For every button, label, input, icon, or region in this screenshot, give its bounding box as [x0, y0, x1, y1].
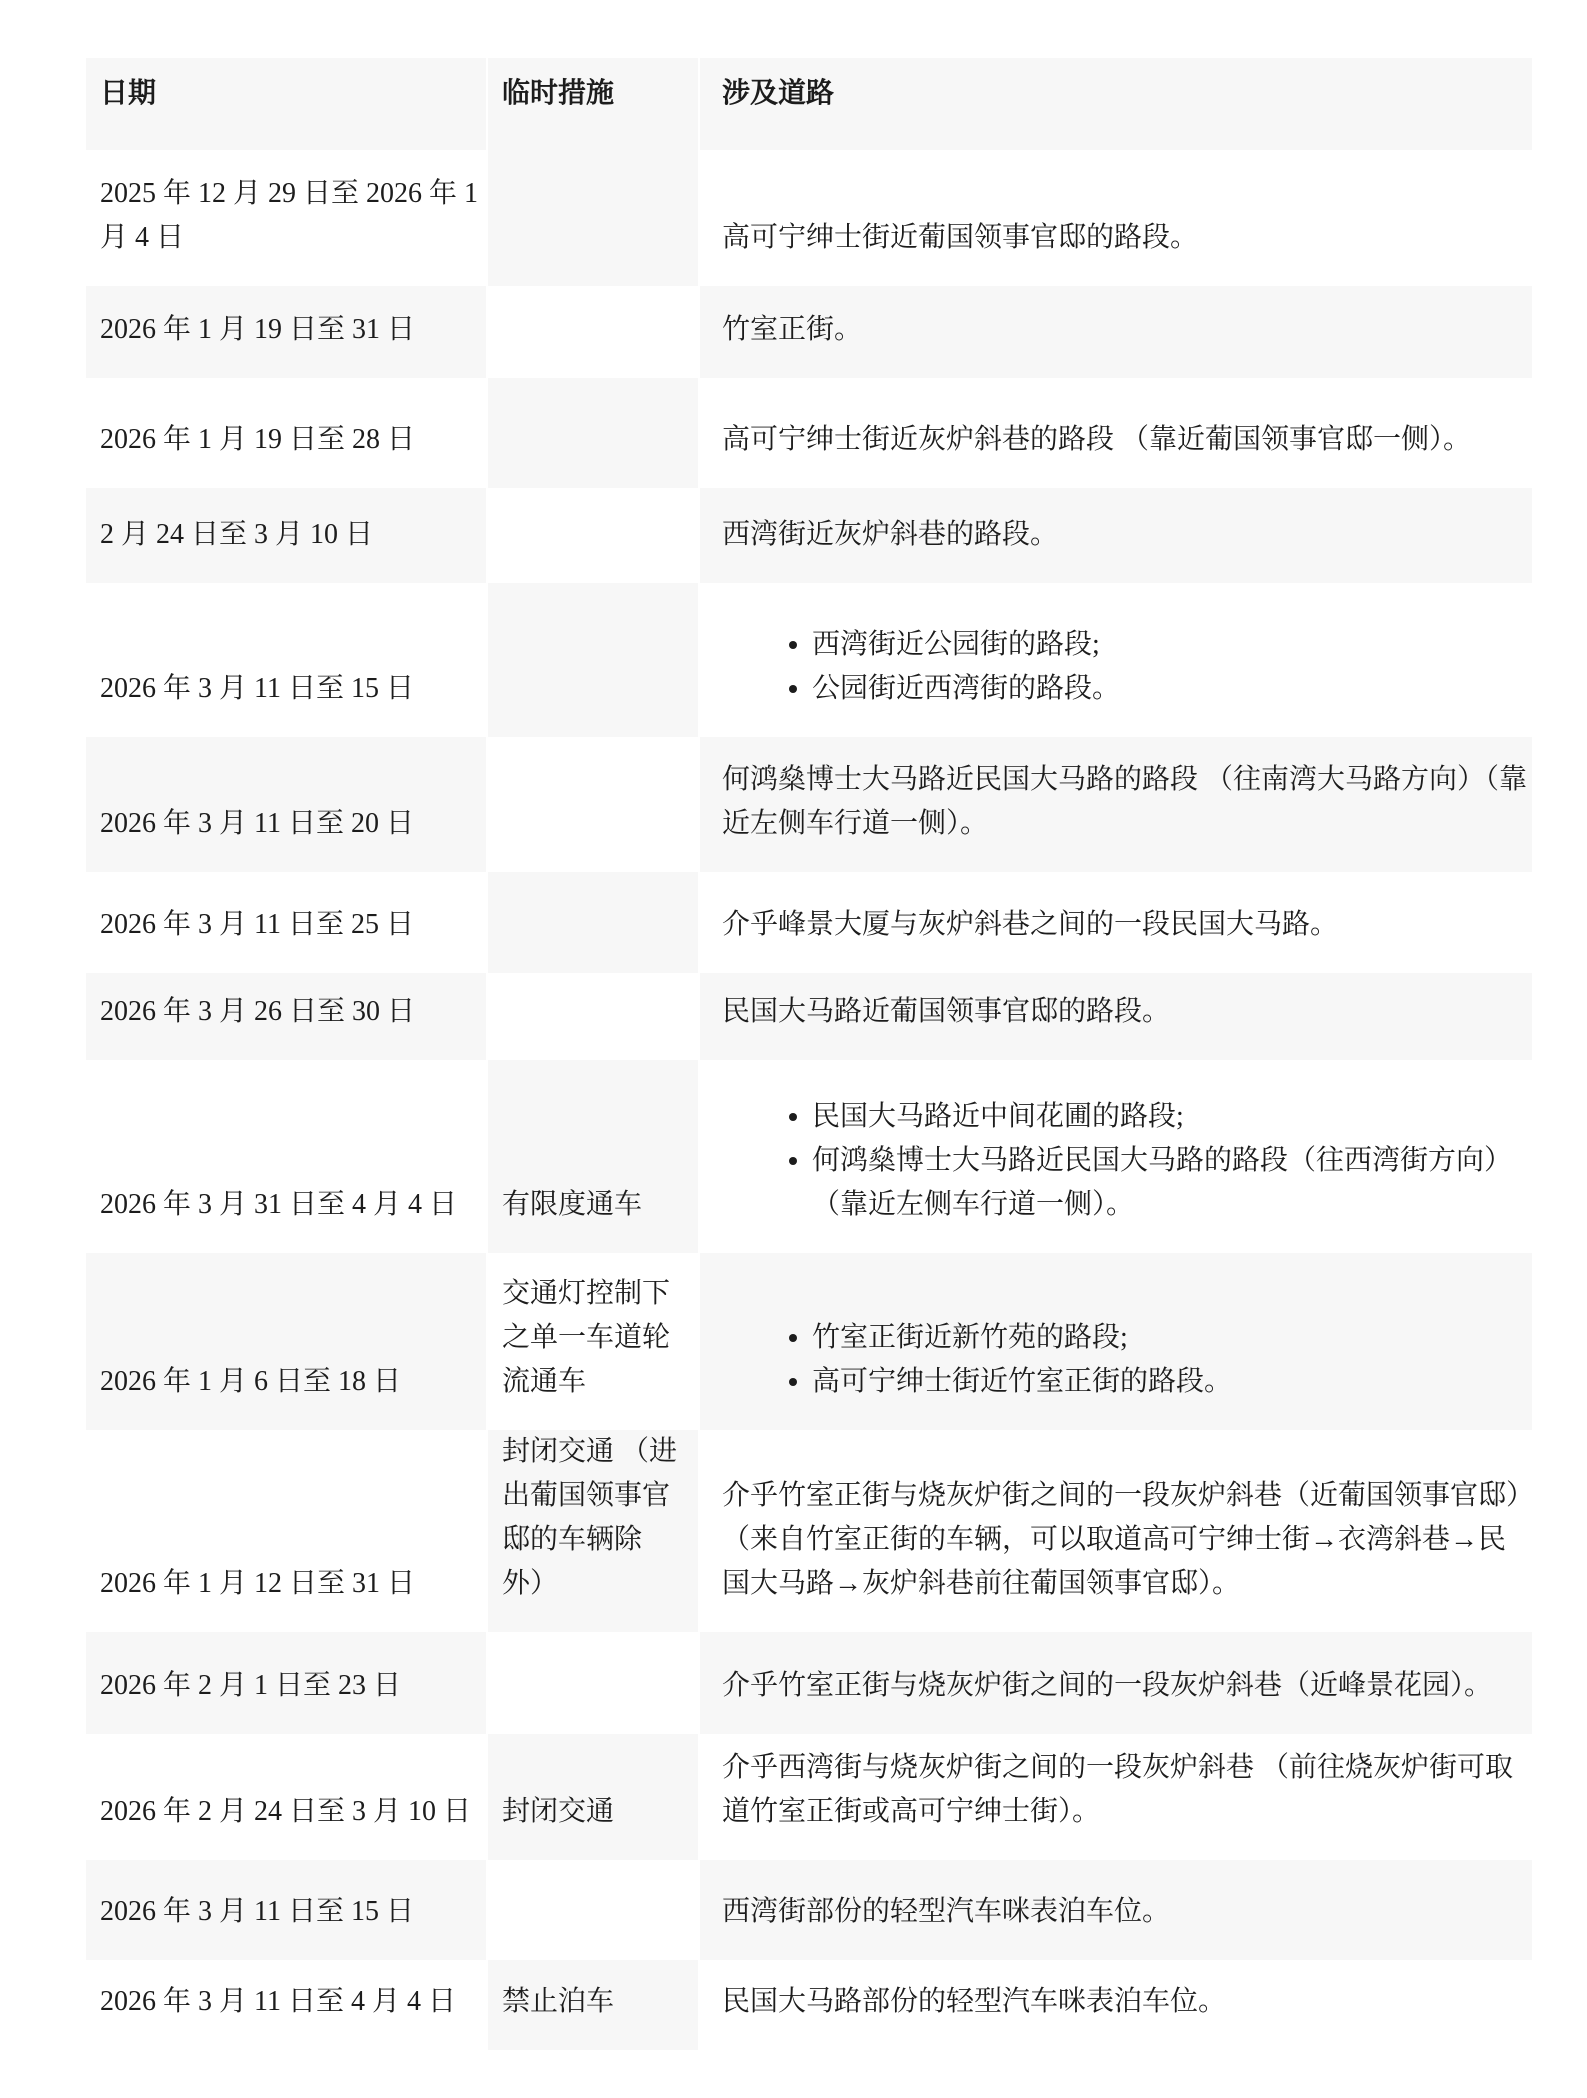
date-text: 2026 年 2 月 24 日至 3 月 10 日 — [100, 1790, 486, 1834]
date-cell: 2025 年 12 月 29 日至 2026 年 1 月 4 日 — [86, 150, 486, 286]
measure-text: 封闭交通 （进 — [502, 1430, 684, 1474]
date-text: 2026 年 3 月 11 日至 25 日 — [100, 903, 486, 947]
measure-cell: 封闭交通 — [488, 1734, 698, 1860]
road-text: 何鸿燊博士大马路近民国大马路的路段 （往南湾大马路方向）（靠近左侧车行道一侧）。 — [722, 758, 1532, 846]
road-list: 西湾街近公园街的路段; 公园街近西湾街的路段。 — [722, 623, 1532, 711]
measure-cell: 禁止泊车 — [488, 1960, 698, 2050]
table-row: 2025 年 12 月 29 日至 2026 年 1 月 4 日 高可宁绅士街近… — [86, 150, 1532, 286]
table-row: 2 月 24 日至 3 月 10 日 西湾街近灰炉斜巷的路段。 — [86, 488, 1532, 583]
date-cell: 2026 年 3 月 11 日至 4 月 4 日 — [86, 1960, 486, 2050]
date-cell: 2026 年 3 月 31 日至 4 月 4 日 — [86, 1060, 486, 1253]
road-list-item: 何鸿燊博士大马路近民国大马路的路段（往西湾街方向）（靠近左侧车行道一侧）。 — [812, 1139, 1532, 1227]
table-row: 2026 年 1 月 19 日至 31 日 竹室正街。 — [86, 286, 1532, 378]
date-text: 2026 年 3 月 11 日至 20 日 — [100, 802, 486, 846]
table-row: 2026 年 3 月 11 日至 25 日 介乎峰景大厦与灰炉斜巷之间的一段民国… — [86, 872, 1532, 973]
road-list: 民国大马路近中间花圃的路段; 何鸿燊博士大马路近民国大马路的路段（往西湾街方向）… — [722, 1095, 1532, 1227]
date-cell: 2026 年 1 月 12 日至 31 日 — [86, 1430, 486, 1632]
date-cell: 2026 年 1 月 19 日至 28 日 — [86, 378, 486, 488]
table-row: 2026 年 3 月 11 日至 20 日 何鸿燊博士大马路近民国大马路的路段 … — [86, 737, 1532, 872]
roads-cell: 民国大马路近葡国领事官邸的路段。 — [700, 973, 1532, 1060]
date-cell: 2026 年 3 月 11 日至 15 日 — [86, 1860, 486, 1960]
roads-cell: 竹室正街近新竹苑的路段; 高可宁绅士街近竹室正街的路段。 — [700, 1253, 1532, 1430]
date-cell: 2026 年 3 月 11 日至 20 日 — [86, 737, 486, 872]
date-cell: 2026 年 1 月 19 日至 31 日 — [86, 286, 486, 378]
date-text: 2 月 24 日至 3 月 10 日 — [100, 513, 486, 557]
measure-text: 禁止泊车 — [502, 1980, 684, 2024]
measure-cell — [488, 378, 698, 488]
measure-cell: 有限度通车 — [488, 1060, 698, 1253]
road-text: 民国大马路近葡国领事官邸的路段。 — [722, 990, 1532, 1034]
date-text: 2026 年 3 月 11 日至 15 日 — [100, 667, 486, 711]
date-text: 2026 年 1 月 19 日至 31 日 — [100, 308, 486, 352]
road-list-item: 公园街近西湾街的路段。 — [812, 667, 1532, 711]
date-text: 2025 年 12 月 29 日至 2026 年 1 — [100, 172, 486, 216]
date-text: 2026 年 3 月 31 日至 4 月 4 日 — [100, 1183, 486, 1227]
road-text: 西湾街近灰炉斜巷的路段。 — [722, 513, 1532, 557]
date-text: 2026 年 2 月 1 日至 23 日 — [100, 1664, 486, 1708]
measure-cell: 封闭交通 （进 出葡国领事官 邸的车辆除外） — [488, 1430, 698, 1632]
measure-text: 有限度通车 — [502, 1183, 684, 1227]
measure-text: 交通灯控制下 — [502, 1272, 684, 1316]
date-cell: 2026 年 2 月 24 日至 3 月 10 日 — [86, 1734, 486, 1860]
measure-cell — [488, 737, 698, 872]
traffic-measures-table: 日期 临时措施 涉及道路 2025 年 12 月 29 日至 2026 年 1 … — [84, 58, 1534, 2050]
measure-text: 之单一车道轮 — [502, 1316, 684, 1360]
road-text: 民国大马路部份的轻型汽车咪表泊车位。 — [722, 1980, 1532, 2024]
measure-cell — [488, 583, 698, 737]
header-date: 日期 — [86, 58, 486, 150]
measure-cell: 交通灯控制下 之单一车道轮 流通车 — [488, 1253, 698, 1430]
date-cell: 2026 年 2 月 1 日至 23 日 — [86, 1632, 486, 1734]
road-text: 竹室正街。 — [722, 308, 1532, 352]
road-text: 介乎竹室正街与烧灰炉街之间的一段灰炉斜巷（近峰景花园）。 — [722, 1664, 1532, 1708]
page-root: { "colors": { "page_bg": "#ffffff", "row… — [0, 0, 1587, 2098]
roads-cell: 西湾街近公园街的路段; 公园街近西湾街的路段。 — [700, 583, 1532, 737]
table-row: 2026 年 3 月 11 日至 15 日 西湾街部份的轻型汽车咪表泊车位。 — [86, 1860, 1532, 1960]
road-text: 高可宁绅士街近葡国领事官邸的路段。 — [722, 216, 1532, 260]
roads-cell: 介乎竹室正街与烧灰炉街之间的一段灰炉斜巷（近峰景花园）。 — [700, 1632, 1532, 1734]
table-row: 2026 年 2 月 1 日至 23 日 介乎竹室正街与烧灰炉街之间的一段灰炉斜… — [86, 1632, 1532, 1734]
header-roads: 涉及道路 — [700, 58, 1532, 150]
road-text: 西湾街部份的轻型汽车咪表泊车位。 — [722, 1890, 1532, 1934]
road-list-item: 竹室正街近新竹苑的路段; — [812, 1316, 1532, 1360]
measure-text: 出葡国领事官 — [502, 1474, 684, 1518]
table-row: 2026 年 1 月 12 日至 31 日 封闭交通 （进 出葡国领事官 邸的车… — [86, 1430, 1532, 1632]
measure-cell — [488, 150, 698, 286]
table-row: 2026 年 2 月 24 日至 3 月 10 日 封闭交通 介乎西湾街与烧灰炉… — [86, 1734, 1532, 1860]
date-cell: 2 月 24 日至 3 月 10 日 — [86, 488, 486, 583]
roads-cell: 介乎西湾街与烧灰炉街之间的一段灰炉斜巷 （前往烧灰炉街可取道竹室正街或高可宁绅士… — [700, 1734, 1532, 1860]
roads-cell: 民国大马路近中间花圃的路段; 何鸿燊博士大马路近民国大马路的路段（往西湾街方向）… — [700, 1060, 1532, 1253]
date-text: 2026 年 3 月 11 日至 15 日 — [100, 1890, 486, 1934]
roads-cell: 介乎峰景大厦与灰炉斜巷之间的一段民国大马路。 — [700, 872, 1532, 973]
table-header: 日期 临时措施 涉及道路 — [86, 58, 1532, 150]
roads-cell: 西湾街近灰炉斜巷的路段。 — [700, 488, 1532, 583]
date-cell: 2026 年 1 月 6 日至 18 日 — [86, 1253, 486, 1430]
roads-cell: 竹室正街。 — [700, 286, 1532, 378]
measure-cell — [488, 872, 698, 973]
road-text: 介乎竹室正街与烧灰炉街之间的一段灰炉斜巷（近葡国领事官邸）（来自竹室正街的车辆，… — [722, 1474, 1532, 1606]
roads-cell: 西湾街部份的轻型汽车咪表泊车位。 — [700, 1860, 1532, 1960]
measure-cell — [488, 286, 698, 378]
road-list-item: 高可宁绅士街近竹室正街的路段。 — [812, 1360, 1532, 1404]
date-text: 2026 年 1 月 6 日至 18 日 — [100, 1360, 486, 1404]
date-text: 2026 年 3 月 11 日至 4 月 4 日 — [100, 1980, 486, 2024]
date-text: 2026 年 3 月 26 日至 30 日 — [100, 990, 486, 1034]
date-cell: 2026 年 3 月 11 日至 15 日 — [86, 583, 486, 737]
road-text: 高可宁绅士街近灰炉斜巷的路段 （靠近葡国领事官邸一侧）。 — [722, 418, 1532, 462]
table-row: 2026 年 1 月 6 日至 18 日 交通灯控制下 之单一车道轮 流通车 竹… — [86, 1253, 1532, 1430]
roads-cell: 何鸿燊博士大马路近民国大马路的路段 （往南湾大马路方向）（靠近左侧车行道一侧）。 — [700, 737, 1532, 872]
roads-cell: 民国大马路部份的轻型汽车咪表泊车位。 — [700, 1960, 1532, 2050]
measure-cell — [488, 1860, 698, 1960]
table-row: 2026 年 3 月 11 日至 4 月 4 日 禁止泊车 民国大马路部份的轻型… — [86, 1960, 1532, 2050]
roads-cell: 高可宁绅士街近葡国领事官邸的路段。 — [700, 150, 1532, 286]
road-list: 竹室正街近新竹苑的路段; 高可宁绅士街近竹室正街的路段。 — [722, 1316, 1532, 1404]
header-measure: 临时措施 — [488, 58, 698, 150]
measure-cell — [488, 973, 698, 1060]
road-text: 介乎峰景大厦与灰炉斜巷之间的一段民国大马路。 — [722, 903, 1532, 947]
measure-text: 邸的车辆除外） — [502, 1518, 684, 1606]
road-list-item: 西湾街近公园街的路段; — [812, 623, 1532, 667]
date-cell: 2026 年 3 月 11 日至 25 日 — [86, 872, 486, 973]
table-row: 2026 年 3 月 26 日至 30 日 民国大马路近葡国领事官邸的路段。 — [86, 973, 1532, 1060]
measure-cell — [488, 488, 698, 583]
header-row: 日期 临时措施 涉及道路 — [86, 58, 1532, 150]
roads-cell: 高可宁绅士街近灰炉斜巷的路段 （靠近葡国领事官邸一侧）。 — [700, 378, 1532, 488]
measure-text: 流通车 — [502, 1360, 684, 1404]
road-text: 介乎西湾街与烧灰炉街之间的一段灰炉斜巷 （前往烧灰炉街可取道竹室正街或高可宁绅士… — [722, 1746, 1532, 1834]
date-text: 月 4 日 — [100, 216, 486, 260]
table-row: 2026 年 3 月 31 日至 4 月 4 日 有限度通车 民国大马路近中间花… — [86, 1060, 1532, 1253]
date-cell: 2026 年 3 月 26 日至 30 日 — [86, 973, 486, 1060]
road-list-item: 民国大马路近中间花圃的路段; — [812, 1095, 1532, 1139]
table-row: 2026 年 1 月 19 日至 28 日 高可宁绅士街近灰炉斜巷的路段 （靠近… — [86, 378, 1532, 488]
date-text: 2026 年 1 月 19 日至 28 日 — [100, 418, 486, 462]
measure-text: 封闭交通 — [502, 1790, 684, 1834]
table-row: 2026 年 3 月 11 日至 15 日 西湾街近公园街的路段; 公园街近西湾… — [86, 583, 1532, 737]
roads-cell: 介乎竹室正街与烧灰炉街之间的一段灰炉斜巷（近葡国领事官邸）（来自竹室正街的车辆，… — [700, 1430, 1532, 1632]
measure-cell — [488, 1632, 698, 1734]
date-text: 2026 年 1 月 12 日至 31 日 — [100, 1562, 486, 1606]
